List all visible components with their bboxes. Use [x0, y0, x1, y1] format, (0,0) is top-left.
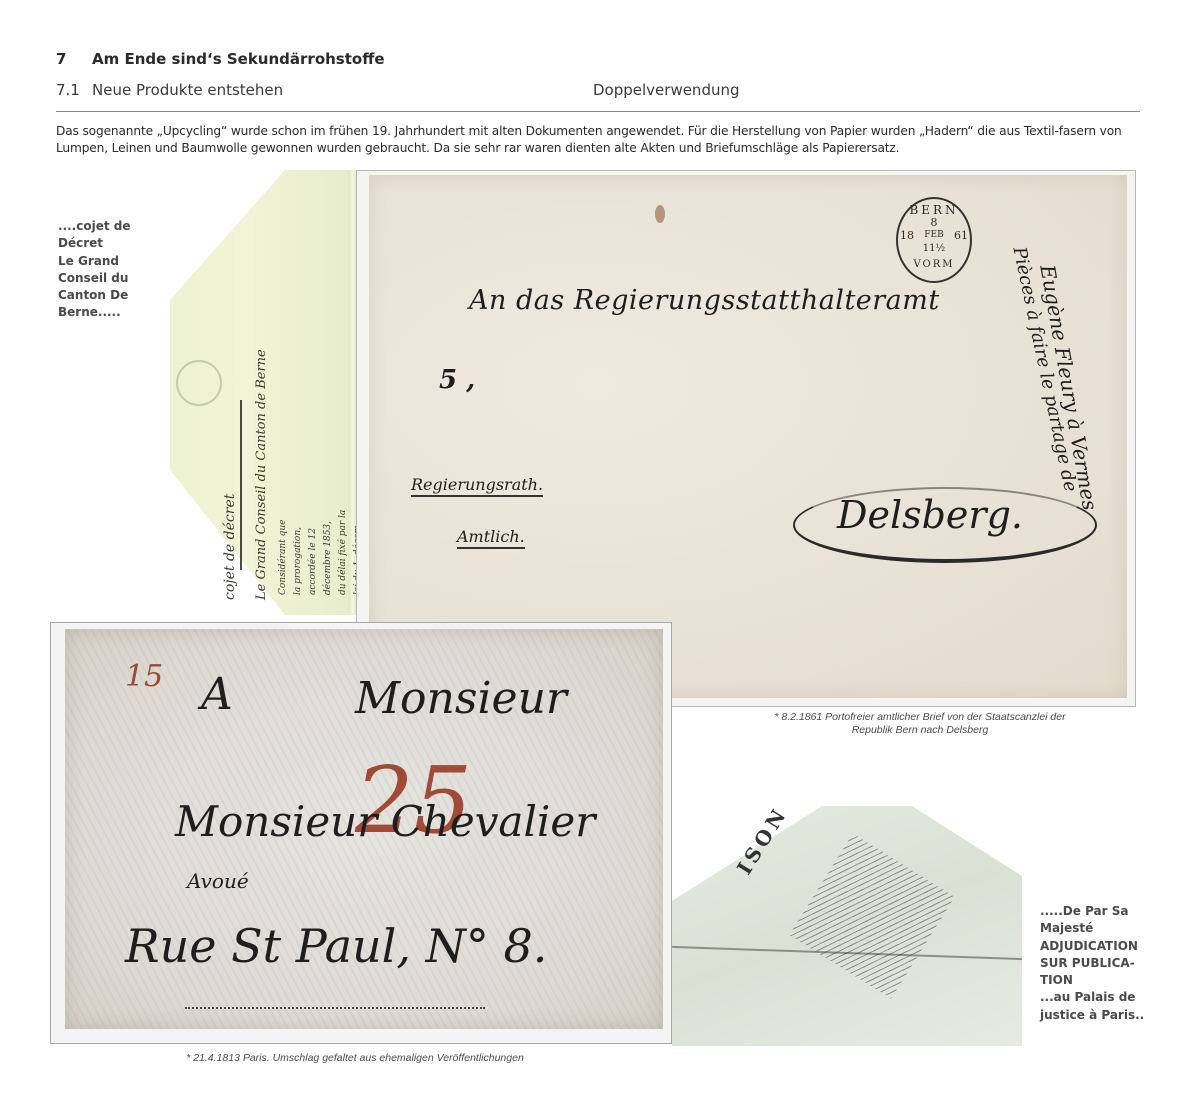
- paris-street: Rue St Paul, N° 8.: [125, 919, 547, 973]
- section-heading: 7.1Neue Produkte entstehen: [56, 81, 283, 99]
- postmark-city: BERN: [898, 203, 970, 217]
- paris-line-monsieur: Monsieur: [355, 673, 567, 724]
- printed-fragment: ISON: [672, 806, 1022, 1046]
- bern-label-regierungsrath: Regierungsrath.: [411, 475, 543, 497]
- paris-envelope: 15 A Monsieur 25 Monsieur Chevalier Avou…: [50, 622, 672, 1044]
- paris-title: Avoué: [187, 869, 249, 893]
- chapter-heading: 7Am Ende sind‘s Sekundärrohstoffe: [56, 50, 385, 68]
- decree-fragment: cojet de décret Le Grand Conseil du Cant…: [170, 170, 362, 615]
- postmark-year-right: 61: [954, 229, 968, 242]
- decree-title: cojet de décret: [222, 494, 238, 600]
- chapter-title: Am Ende sind‘s Sekundärrohstoffe: [92, 50, 385, 68]
- bern-paper: BERN 8 18 FEB 61 11½ VORM An das Regieru…: [369, 175, 1127, 698]
- ink-stain: [655, 205, 665, 223]
- postmark-period: VORM: [898, 259, 970, 270]
- caption-paris: * 21.4.1813 Paris. Umschlag gefaltet aus…: [140, 1052, 570, 1065]
- intro-paragraph: Das sogenannte „Upcycling“ wurde schon i…: [56, 123, 1146, 157]
- section-number: 7.1: [56, 81, 92, 99]
- chapter-number: 7: [56, 50, 92, 68]
- topic-title: Doppelverwendung: [593, 81, 740, 99]
- note-decree: ....cojet de Décret Le Grand Conseil du …: [58, 218, 131, 322]
- paris-tax-mark: 15: [125, 659, 163, 694]
- decree-heading: Le Grand Conseil du Canton de Berne: [254, 349, 269, 600]
- postmark-hour: 11½: [898, 243, 970, 254]
- section-title: Neue Produkte entstehen: [92, 81, 283, 99]
- seal-icon: [176, 360, 222, 406]
- caption-bern: * 8.2.1861 Portofreier amtlicher Brief v…: [770, 711, 1070, 737]
- decree-underline: [240, 400, 242, 570]
- bern-destination: Delsberg.: [837, 493, 1023, 537]
- bern-label-amtlich: Amtlich.: [457, 527, 525, 549]
- bern-address: An das Regierungsstatthalteramt: [469, 285, 940, 316]
- paris-flourish: [185, 999, 485, 1009]
- paris-line-a: A: [201, 669, 233, 720]
- paris-paper: 15 A Monsieur 25 Monsieur Chevalier Avou…: [65, 629, 663, 1029]
- note-adjudication: .....De Par Sa Majesté ADJUDICATION SUR …: [1040, 903, 1144, 1024]
- bern-marks: 5 ,: [439, 365, 475, 395]
- postmark-stamp: BERN 8 18 FEB 61 11½ VORM: [896, 197, 972, 283]
- paris-recipient: Monsieur Chevalier: [175, 797, 595, 846]
- header-divider: [56, 111, 1140, 112]
- postmark-day: 8: [898, 216, 970, 229]
